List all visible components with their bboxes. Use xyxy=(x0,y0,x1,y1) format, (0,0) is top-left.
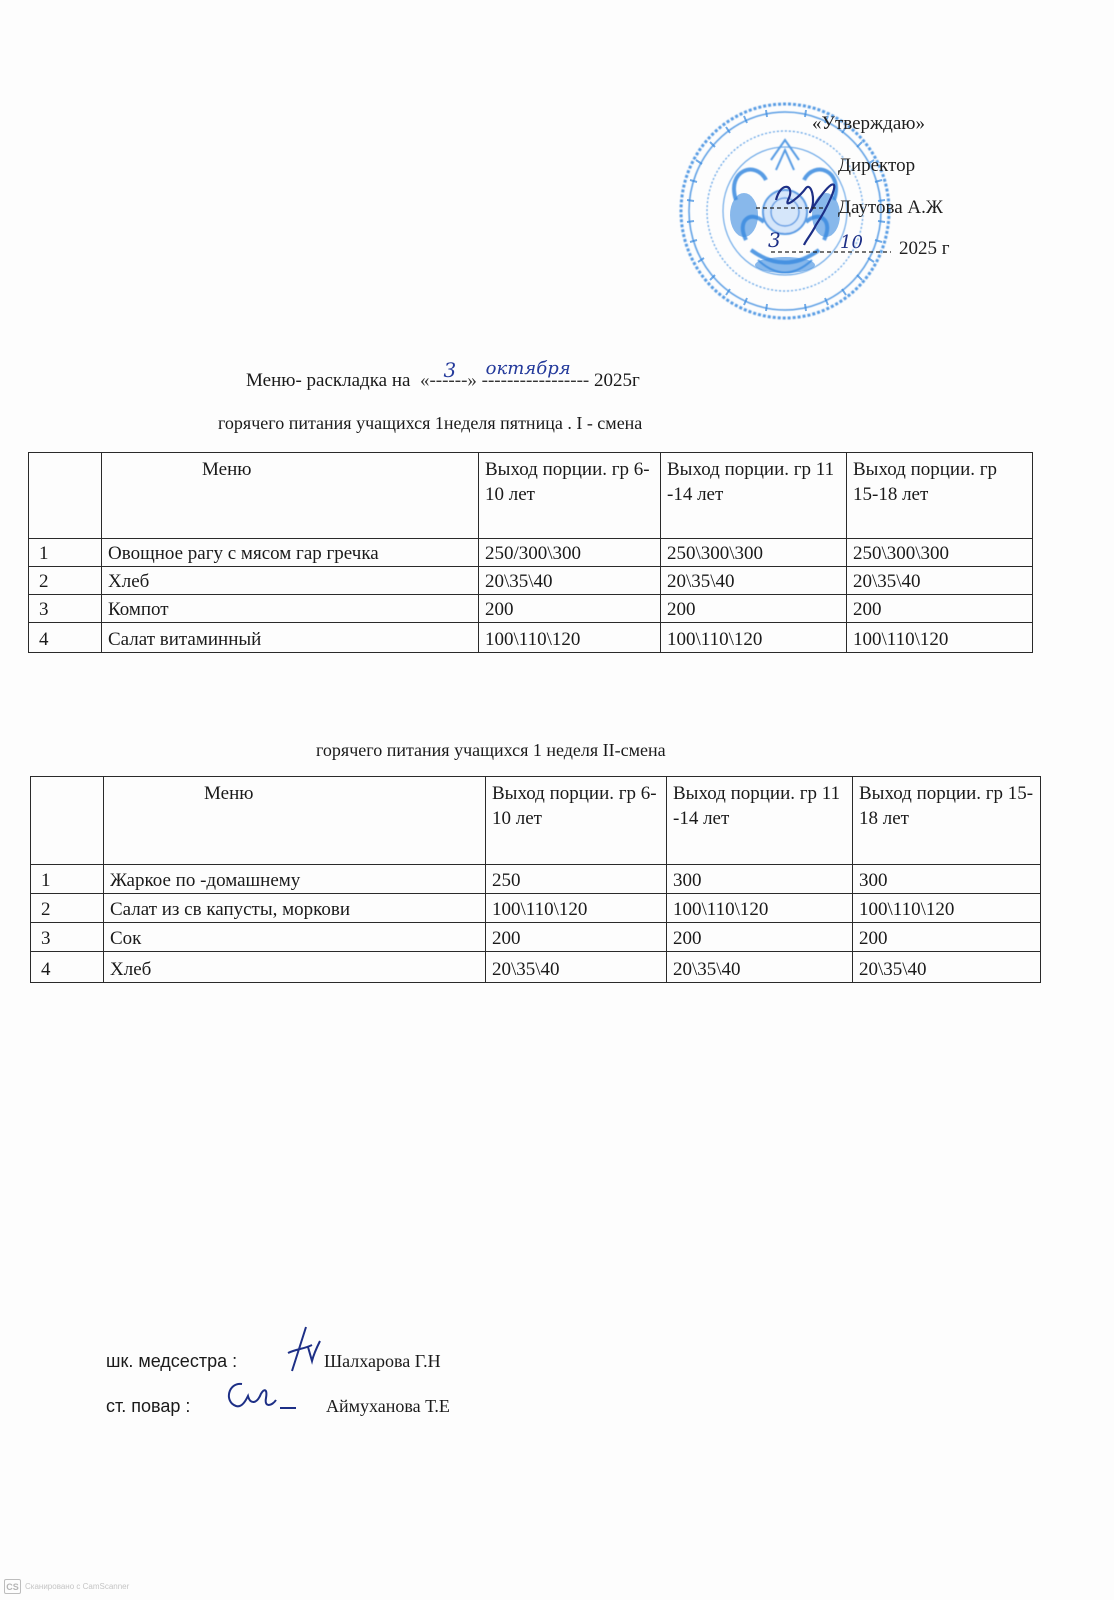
portion-6-10: 100\110\120 xyxy=(479,623,661,653)
portion-11-14: 100\110\120 xyxy=(667,894,853,923)
approval-date-year: 2025 г xyxy=(899,238,950,260)
table-row: 4 Салат витаминный 100\110\120 100\110\1… xyxy=(29,623,1033,653)
dish-name: Хлеб xyxy=(102,567,479,595)
table-row: 1 Овощное рагу с мясом гар гречка 250/30… xyxy=(29,539,1033,567)
table-row: 3 Сок 200 200 200 xyxy=(31,923,1041,952)
portion-11-14: 250\300\300 xyxy=(661,539,847,567)
day-field: ------3 xyxy=(429,370,467,392)
table-header-row: Меню Выход порции. гр 6-10 лет Выход пор… xyxy=(31,777,1041,865)
portion-11-14: 20\35\40 xyxy=(661,567,847,595)
portion-11-14: 300 xyxy=(667,865,853,894)
table-row: 2 Хлеб 20\35\40 20\35\40 20\35\40 xyxy=(29,567,1033,595)
row-number: 4 xyxy=(31,952,104,983)
col-header-number xyxy=(31,777,104,865)
portion-11-14: 20\35\40 xyxy=(667,952,853,983)
table-row: 4 Хлеб 20\35\40 20\35\40 20\35\40 xyxy=(31,952,1041,983)
month-field: -----------------октября xyxy=(482,370,590,392)
col-header-menu: Меню xyxy=(104,777,486,865)
portion-11-14: 200 xyxy=(667,923,853,952)
title-year: 2025г xyxy=(594,370,640,391)
portion-6-10: 20\35\40 xyxy=(486,952,667,983)
menu-table-shift1: Меню Выход порции. гр 6-10 лет Выход пор… xyxy=(28,452,1033,653)
table-row: 2 Салат из св капусты, моркови 100\110\1… xyxy=(31,894,1041,923)
row-number: 1 xyxy=(31,865,104,894)
row-number: 4 xyxy=(29,623,102,653)
dish-name: Салат из св капусты, моркови xyxy=(104,894,486,923)
dish-name: Сок xyxy=(104,923,486,952)
portion-6-10: 250/300\300 xyxy=(479,539,661,567)
dish-name: Салат витаминный xyxy=(102,623,479,653)
portion-15-18: 100\110\120 xyxy=(847,623,1033,653)
approval-date-day: 3 xyxy=(768,228,781,252)
signature-cook: ст. повар : Аймуханова Т.Е xyxy=(106,1396,190,1417)
portion-15-18: 200 xyxy=(847,595,1033,623)
portion-15-18: 250\300\300 xyxy=(847,539,1033,567)
col-header-11-14: Выход порции. гр 11 -14 лет xyxy=(661,453,847,539)
title-prefix: Меню- раскладка на xyxy=(246,370,410,391)
dish-name: Овощное рагу с мясом гар гречка xyxy=(102,539,479,567)
signature-role: ст. повар : xyxy=(106,1396,190,1416)
handwritten-signature-icon xyxy=(220,1378,300,1416)
portion-6-10: 200 xyxy=(479,595,661,623)
portion-15-18: 300 xyxy=(853,865,1041,894)
camscanner-logo-icon: CS xyxy=(4,1579,21,1594)
portion-15-18: 100\110\120 xyxy=(853,894,1041,923)
portion-11-14: 100\110\120 xyxy=(661,623,847,653)
row-number: 2 xyxy=(31,894,104,923)
signature-name: Шалхарова Г.Н xyxy=(324,1351,441,1372)
approval-date-month: 10 xyxy=(840,232,863,253)
approval-name: Даутова А.Ж xyxy=(838,197,943,219)
signature-role: шк. медсестра : xyxy=(106,1351,237,1371)
row-number: 1 xyxy=(29,539,102,567)
signature-name: Аймуханова Т.Е xyxy=(326,1396,450,1417)
dish-name: Хлеб xyxy=(104,952,486,983)
col-header-number xyxy=(29,453,102,539)
approval-position: Директор xyxy=(838,155,915,177)
col-header-6-10: Выход порции. гр 6-10 лет xyxy=(479,453,661,539)
shift2-title: горячего питания учащихся 1 неделя II-см… xyxy=(316,740,666,761)
dish-name: Жаркое по -домашнему xyxy=(104,865,486,894)
col-header-11-14: Выход порции. гр 11 -14 лет xyxy=(667,777,853,865)
month-handwritten: октября xyxy=(486,358,571,379)
handwritten-signature-icon xyxy=(278,1325,322,1375)
day-open-quote: « xyxy=(415,370,429,391)
menu-table-shift2: Меню Выход порции. гр 6-10 лет Выход пор… xyxy=(30,776,1041,983)
portion-6-10: 200 xyxy=(486,923,667,952)
scanner-watermark: CS Сканировано с CamScanner xyxy=(4,1579,129,1594)
signature-nurse: шк. медсестра : Шалхарова Г.Н xyxy=(106,1351,237,1372)
portion-15-18: 20\35\40 xyxy=(847,567,1033,595)
table-row: 3 Компот 200 200 200 xyxy=(29,595,1033,623)
col-header-15-18: Выход порции. гр 15-18 лет xyxy=(847,453,1033,539)
dish-name: Компот xyxy=(102,595,479,623)
col-header-menu: Меню xyxy=(102,453,479,539)
scanner-text: Сканировано с CamScanner xyxy=(25,1582,129,1591)
shift1-title: горячего питания учащихся 1неделя пятниц… xyxy=(218,413,642,434)
portion-6-10: 250 xyxy=(486,865,667,894)
portion-6-10: 20\35\40 xyxy=(479,567,661,595)
row-number: 3 xyxy=(29,595,102,623)
portion-15-18: 200 xyxy=(853,923,1041,952)
portion-15-18: 20\35\40 xyxy=(853,952,1041,983)
portion-11-14: 200 xyxy=(661,595,847,623)
day-handwritten: 3 xyxy=(443,358,456,382)
table-header-row: Меню Выход порции. гр 6-10 лет Выход пор… xyxy=(29,453,1033,539)
approval-heading: «Утверждаю» xyxy=(812,113,925,135)
portion-6-10: 100\110\120 xyxy=(486,894,667,923)
page-title: Меню- раскладка на «------3» -----------… xyxy=(246,370,640,392)
col-header-6-10: Выход порции. гр 6-10 лет xyxy=(486,777,667,865)
row-number: 3 xyxy=(31,923,104,952)
col-header-15-18: Выход порции. гр 15-18 лет xyxy=(853,777,1041,865)
table-row: 1 Жаркое по -домашнему 250 300 300 xyxy=(31,865,1041,894)
row-number: 2 xyxy=(29,567,102,595)
